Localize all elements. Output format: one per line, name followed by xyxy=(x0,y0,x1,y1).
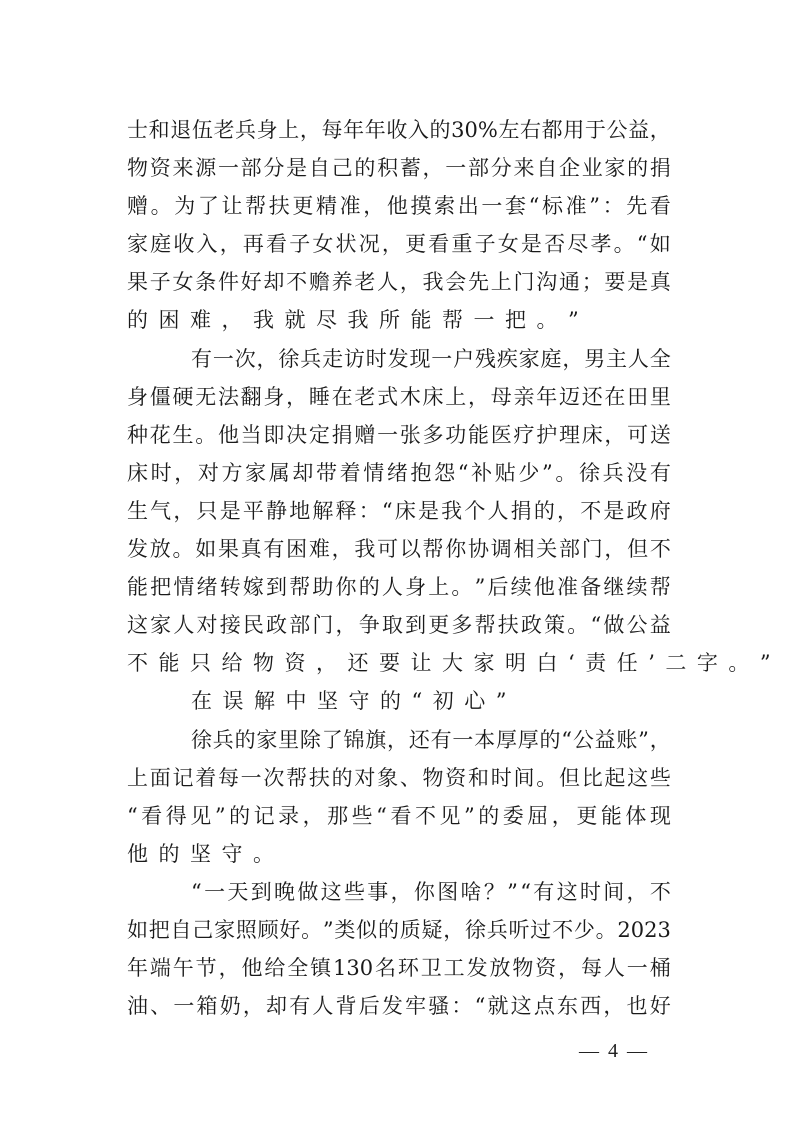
text-line: 如把自己家照顾好。”类似的质疑，徐兵听过不少。2023 xyxy=(127,911,671,949)
text-line: 徐兵的家里除了锦旗，还有一本厚厚的“公益账”， xyxy=(127,721,671,759)
text-line: 物资来源一部分是自己的积蓄，一部分来自企业家的捐 xyxy=(127,149,671,187)
text-line: 身僵硬无法翻身，睡在老式木床上，母亲年迈还在田里 xyxy=(127,378,671,416)
text-line: 发放。如果真有困难，我可以帮你协调相关部门，但不 xyxy=(127,530,671,568)
text-line: 能把情绪转嫁到帮助你的人身上。”后续他准备继续帮 xyxy=(127,568,671,606)
text-line: “看得见”的记录，那些“看不见”的委屈，更能体现 xyxy=(127,797,671,835)
text-line: 油、一箱奶，却有人背后发牢骚：“就这点东西，也好 xyxy=(127,987,671,1025)
text-line: 有一次，徐兵走访时发现一户残疾家庭，男主人全 xyxy=(127,340,671,378)
text-line: 种花生。他当即决定捐赠一张多功能医疗护理床，可送 xyxy=(127,416,671,454)
text-line: 果子女条件好却不赡养老人，我会先上门沟通；要是真 xyxy=(127,263,671,301)
text-line: 生气，只是平静地解释：“床是我个人捐的，不是政府 xyxy=(127,492,671,530)
text-line: 家庭收入，再看子女状况，更看重子女是否尽孝。“如 xyxy=(127,225,671,263)
text-line: 床时，对方家属却带着情绪抱怨“补贴少”。徐兵没有 xyxy=(127,454,671,492)
document-page: 士和退伍老兵身上，每年年收入的30%左右都用于公益， 物资来源一部分是自己的积蓄… xyxy=(0,0,793,1122)
text-line: 士和退伍老兵身上，每年年收入的30%左右都用于公益， xyxy=(127,111,671,149)
text-line: 不能只给物资，还要让大家明白‘责任’二字。” xyxy=(127,644,671,682)
text-line: 这家人对接民政部门，争取到更多帮扶政策。“做公益 xyxy=(127,606,671,644)
section-heading: 在误解中坚守的“初心” xyxy=(127,682,671,720)
text-line: 年端午节，他给全镇130名环卫工发放物资，每人一桶 xyxy=(127,949,671,987)
text-line: 的困难，我就尽我所能帮一把。” xyxy=(127,301,671,339)
text-line: 赠。为了让帮扶更精准，他摸索出一套“标准”：先看 xyxy=(127,187,671,225)
body-text: 士和退伍老兵身上，每年年收入的30%左右都用于公益， 物资来源一部分是自己的积蓄… xyxy=(127,111,671,1025)
page-number: — 4 — xyxy=(578,1040,650,1063)
text-line: “一天到晚做这些事，你图啥？”“有这时间，不 xyxy=(127,873,671,911)
text-line: 他的坚守。 xyxy=(127,835,671,873)
text-line: 上面记着每一次帮扶的对象、物资和时间。但比起这些 xyxy=(127,759,671,797)
